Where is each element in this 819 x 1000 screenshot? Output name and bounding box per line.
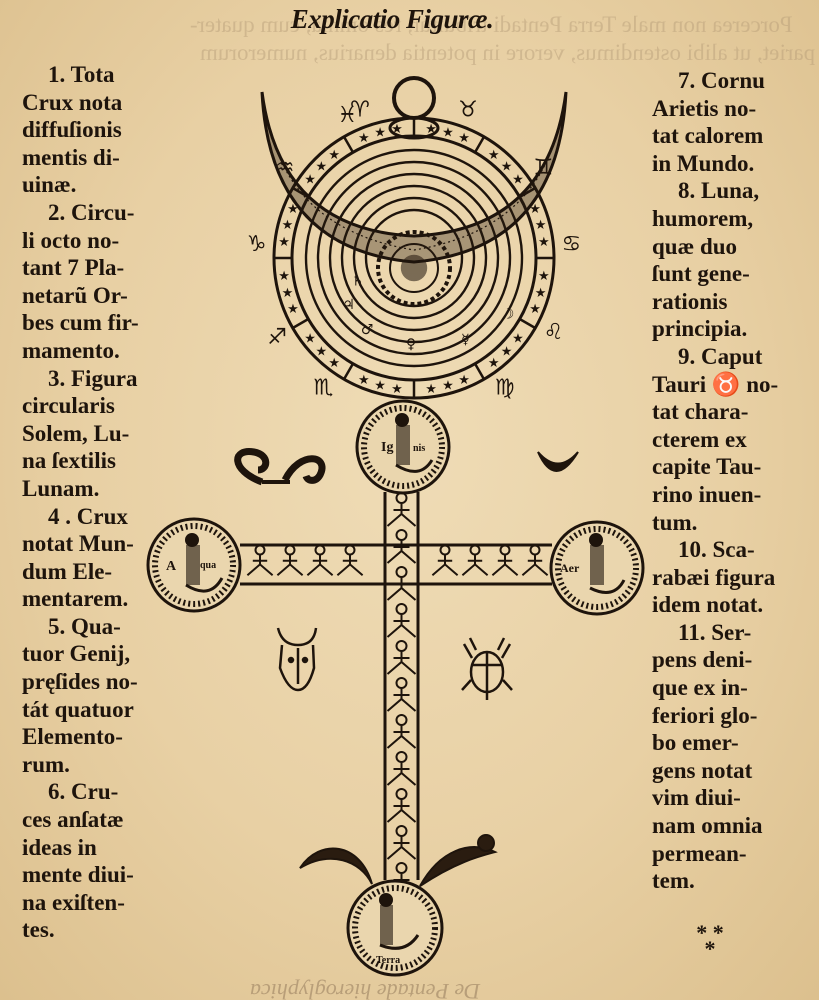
svg-text:★: ★: [488, 148, 500, 163]
text-line: mentarem.: [22, 585, 152, 613]
svg-text:★: ★: [328, 148, 340, 163]
text-line: Tauri ♉ no-: [652, 371, 792, 399]
text-line: vim diui-: [652, 784, 792, 812]
text-line: Solem, Lu-: [22, 420, 152, 448]
text-line: tuor Genij,: [22, 640, 152, 668]
svg-text:★: ★: [488, 356, 500, 371]
bull-head-symbol: [278, 628, 316, 690]
text-line: ideas in: [22, 834, 152, 862]
crescent-moon-symbol: [538, 452, 578, 471]
svg-text:★: ★: [282, 218, 294, 233]
text-line: principia.: [652, 315, 792, 343]
text-line: 8. Luna,: [652, 177, 792, 205]
text-line: netarũ Or-: [22, 282, 152, 310]
text-line: li octo no-: [22, 227, 152, 255]
svg-text:★: ★: [538, 235, 550, 250]
planet-glyph: ♄: [351, 274, 364, 290]
svg-text:★: ★: [287, 302, 299, 317]
text-line: na ſextilis: [22, 447, 152, 475]
zodiac-glyph: ♑: [247, 232, 267, 257]
zodiac-glyph: ♏: [314, 375, 334, 400]
text-line: Arietis no-: [652, 95, 792, 123]
svg-text:★: ★: [538, 269, 550, 284]
svg-text:★: ★: [501, 345, 513, 360]
medallion-ignis: Ig nis: [357, 401, 449, 493]
text-line: permean-: [652, 840, 792, 868]
text-line: nam omnia: [652, 812, 792, 840]
text-line: que ex in-: [652, 674, 792, 702]
svg-text:Terra: Terra: [376, 955, 400, 966]
text-line: tant 7 Pla-: [22, 254, 152, 282]
text-line: 5. Qua-: [22, 613, 152, 641]
svg-text:★: ★: [328, 356, 340, 371]
svg-text:nis: nis: [413, 443, 425, 454]
text-line: idem notat.: [652, 591, 792, 619]
text-line: dum Ele-: [22, 558, 152, 586]
planet-glyph: ♀: [406, 336, 416, 352]
text-line: rum.: [22, 751, 152, 779]
text-line: 7. Cornu: [652, 67, 792, 95]
text-line: 4 . Crux: [22, 503, 152, 531]
suspension-ring: [394, 78, 434, 118]
svg-text:★: ★: [512, 172, 524, 187]
svg-text:★: ★: [374, 379, 386, 394]
text-line: 6. Cru-: [22, 778, 152, 806]
svg-text:★: ★: [535, 218, 547, 233]
text-line: bes cum fir-: [22, 309, 152, 337]
text-line: tat calorem: [652, 122, 792, 150]
svg-text:A: A: [166, 559, 177, 574]
planet-glyph: ♃: [342, 297, 355, 313]
left-column-text: 1. TotaCrux notadiffuſionismentis di-uin…: [22, 61, 152, 944]
text-line: quæ duo: [652, 233, 792, 261]
svg-text:★: ★: [391, 382, 403, 397]
text-line: humorem,: [652, 205, 792, 233]
text-line: pręſides no-: [22, 668, 152, 696]
zodiac-glyph: ♍: [495, 375, 515, 400]
text-line: 3. Figura: [22, 365, 152, 393]
bleed-through-line: pariet, ut alibi ostendimus, verore in p…: [200, 40, 815, 66]
svg-text:★: ★: [501, 159, 513, 174]
svg-text:★: ★: [535, 286, 547, 301]
svg-text:★: ★: [442, 379, 454, 394]
svg-text:★: ★: [316, 345, 328, 360]
planet-glyph: ☽: [502, 307, 515, 323]
text-line: rino inuen-: [652, 481, 792, 509]
text-line: 1. Tota: [22, 61, 152, 89]
text-line: cterem ex: [652, 426, 792, 454]
medallion-terra: Terra: [348, 881, 442, 975]
text-line: 9. Caput: [652, 343, 792, 371]
crux-ansata-figure: ★★★★★★★★★★★★★★★★★★★★★★★★★★★★★★★★★★★★ ♈♉♊…: [140, 70, 660, 1000]
svg-text:★: ★: [458, 373, 470, 388]
text-line: mamento.: [22, 337, 152, 365]
text-line: feriori glo-: [652, 702, 792, 730]
svg-text:★: ★: [278, 235, 290, 250]
svg-text:★: ★: [374, 125, 386, 140]
svg-text:★: ★: [358, 373, 370, 388]
ornament-asterisks: * **: [690, 925, 730, 957]
zodiac-glyph: ♌: [544, 320, 564, 345]
zodiac-glyph: ♐: [267, 325, 287, 350]
svg-text:Aer: Aer: [560, 561, 580, 575]
text-line: ſunt gene-: [652, 260, 792, 288]
text-line: ces anſatæ: [22, 806, 152, 834]
text-line: tum.: [652, 509, 792, 537]
text-line: tes.: [22, 916, 152, 944]
text-line: Elemento-: [22, 723, 152, 751]
text-line: in Mundo.: [652, 150, 792, 178]
book-page: Porcerea non male Terra Pentadi tribuitu…: [0, 0, 819, 1000]
text-line: mentis di-: [22, 144, 152, 172]
text-line: tat chara-: [652, 398, 792, 426]
medallion-aqua: A qua: [148, 519, 240, 611]
text-line: 2. Circu-: [22, 199, 152, 227]
svg-text:★: ★: [316, 159, 328, 174]
text-line: gens notat: [652, 757, 792, 785]
svg-text:★: ★: [425, 122, 437, 137]
zodiac-glyph: ♋: [562, 232, 582, 257]
svg-text:★: ★: [304, 172, 316, 187]
svg-text:★: ★: [304, 332, 316, 347]
text-line: diffuſionis: [22, 116, 152, 144]
svg-text:Ig: Ig: [381, 440, 393, 455]
svg-text:★: ★: [282, 286, 294, 301]
ram-horns-symbol: [238, 452, 322, 482]
svg-text:★: ★: [358, 131, 370, 146]
text-line: circularis: [22, 392, 152, 420]
zodiac-glyph: ♉: [458, 98, 478, 123]
text-line: 11. Ser-: [652, 619, 792, 647]
text-line: tát quatuor: [22, 696, 152, 724]
svg-text:★: ★: [458, 131, 470, 146]
svg-text:★: ★: [278, 269, 290, 284]
text-line: Lunam.: [22, 475, 152, 503]
text-line: tem.: [652, 867, 792, 895]
zodiac-glyph: ♓: [337, 103, 357, 128]
text-line: 10. Sca-: [652, 536, 792, 564]
planet-glyph: ♂: [361, 322, 374, 338]
scarab-symbol: [462, 638, 512, 700]
text-line: Crux nota: [22, 89, 152, 117]
text-line: notat Mun-: [22, 530, 152, 558]
text-line: pens deni-: [652, 646, 792, 674]
svg-text:qua: qua: [200, 560, 216, 571]
text-line: rationis: [652, 288, 792, 316]
planet-glyph: ☿: [461, 332, 470, 348]
svg-text:★: ★: [425, 382, 437, 397]
text-line: bo emer-: [652, 729, 792, 757]
text-line: uinæ.: [22, 171, 152, 199]
text-line: mente diui-: [22, 861, 152, 889]
svg-text:★: ★: [442, 125, 454, 140]
svg-text:★: ★: [391, 122, 403, 137]
page-title: Explicatio Figuræ.: [0, 4, 819, 35]
text-line: rabæi figura: [652, 564, 792, 592]
text-line: capite Tau-: [652, 453, 792, 481]
right-column-text: 7. CornuArietis no-tat caloremin Mundo.8…: [652, 67, 792, 895]
svg-text:★: ★: [512, 332, 524, 347]
svg-text:★: ★: [529, 302, 541, 317]
medallion-aer: Aer: [551, 522, 643, 614]
text-line: na exiſten-: [22, 889, 152, 917]
